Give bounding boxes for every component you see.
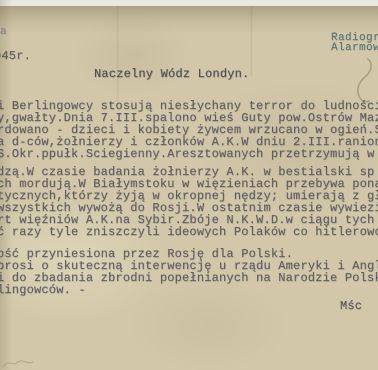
paper-crease [250, 6, 253, 76]
paper-top-shadow [0, 6, 378, 34]
date-fragment: 945r. [0, 50, 31, 62]
stamp-line-alarmowy: Alarmow [331, 43, 378, 53]
addressee-line: Naczelny Wódz Londyn. [94, 68, 249, 80]
paper-crease [116, 6, 119, 102]
body-text-line: S.Okr.ppułk.Sciegienny.Aresztowanych prz… [0, 148, 374, 160]
document-scan: a 945r. Radiogr Alarmow Naczelny Wódz Lo… [0, 0, 378, 370]
cut-off-text-fragment: a [0, 26, 7, 38]
body-text-line: lingowców. - [0, 284, 86, 296]
signature-fragment: Mśc [340, 300, 362, 312]
body-text-line: ć razy tyle zniszczyli ideowych Polaków … [0, 226, 378, 238]
